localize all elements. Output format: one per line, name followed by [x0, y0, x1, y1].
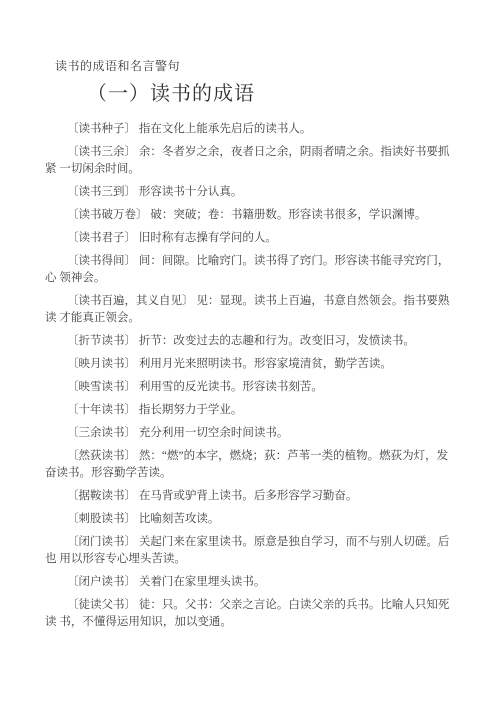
idiom-definition: 破：突破；卷：书籍册数。形容读书很多，学识渊博。: [150, 209, 426, 221]
idiom-definition: 利用雪的反光读书。形容读书刻苦。: [139, 381, 323, 393]
idiom-definition: 形容读书十分认真。: [139, 186, 243, 198]
idiom-term: 〔读书三余〕: [67, 146, 136, 158]
document-title: 读书的成语和名言警句: [55, 58, 180, 74]
idiom-term: 〔读书君子〕: [67, 232, 136, 244]
idiom-entry: 〔读书得间〕 间：间隙。比喻窍门。读书得了窍门。形容读书能寻究窍门，心 领神会。: [45, 253, 455, 287]
idiom-entry: 〔刺股读书〕 比喻刻苦攻读。: [45, 511, 455, 528]
idiom-term: 〔据鞍读书〕: [67, 490, 136, 502]
idiom-entry: 〔读书三到〕 形容读书十分认真。: [45, 184, 455, 201]
idiom-term: 〔徒读父书〕: [67, 599, 136, 611]
idiom-term: 〔闭户读书〕: [67, 576, 136, 588]
idiom-entries-list: 〔读书种子〕 指在文化上能承先启后的读书人。〔读书三余〕 余：冬者岁之余，夜者日…: [45, 121, 455, 637]
idiom-term: 〔刺股读书〕: [67, 513, 136, 525]
idiom-definition: 利用月光来照明读书。形容家境清贫，勤学苦读。: [139, 358, 392, 370]
idiom-entry: 〔闭户读书〕 关着门在家里埋头读书。: [45, 574, 455, 591]
idiom-term: 〔十年读书〕: [67, 404, 136, 416]
idiom-entry: 〔读书三余〕 余：冬者岁之余，夜者日之余，阴雨者晴之余。指读好书要抓紧 一切闲余…: [45, 144, 455, 178]
document-page: 读书的成语和名言警句 （一）读书的成语 〔读书种子〕 指在文化上能承先启后的读书…: [0, 0, 500, 707]
idiom-term: 〔映月读书〕: [67, 358, 136, 370]
idiom-entry: 〔读书破万卷〕 破：突破；卷：书籍册数。形容读书很多，学识渊博。: [45, 207, 455, 224]
idiom-entry: 〔读书百遍，其义自见〕 见：显现。读书上百遍，书意自然领会。指书要熟读 才能真正…: [45, 293, 455, 327]
idiom-entry: 〔十年读书〕 指长期努力于学业。: [45, 402, 455, 419]
idiom-term: 〔映雪读书〕: [67, 381, 136, 393]
idiom-term: 〔三余读书〕: [67, 427, 136, 439]
idiom-entry: 〔映雪读书〕 利用雪的反光读书。形容读书刻苦。: [45, 379, 455, 396]
idiom-definition: 比喻刻苦攻读。: [139, 513, 220, 525]
idiom-entry: 〔映月读书〕 利用月光来照明读书。形容家境清贫，勤学苦读。: [45, 356, 455, 373]
idiom-term: 〔读书三到〕: [67, 186, 136, 198]
idiom-entry: 〔徒读父书〕 徒：只。父书：父亲之言论。白读父亲的兵书。比喻人只知死读 书，不懂…: [45, 597, 455, 631]
idiom-definition: 折节：改变过去的志趣和行为。改变旧习，发愤读书。: [139, 335, 415, 347]
idiom-entry: 〔据鞍读书〕 在马背或驴背上读书。后多形容学习勤奋。: [45, 488, 455, 505]
idiom-entry: 〔折节读书〕 折节：改变过去的志趣和行为。改变旧习，发愤读书。: [45, 333, 455, 350]
section-heading: （一）读书的成语: [87, 80, 255, 108]
idiom-entry: 〔读书君子〕 旧时称有志操有学问的人。: [45, 230, 455, 247]
idiom-definition: 指在文化上能承先启后的读书人。: [139, 123, 312, 135]
idiom-definition: 在马背或驴背上读书。后多形容学习勤奋。: [139, 490, 358, 502]
idiom-term: 〔闭门读书〕: [67, 536, 136, 548]
idiom-term: 〔折节读书〕: [67, 335, 136, 347]
idiom-entry: 〔读书种子〕 指在文化上能承先启后的读书人。: [45, 121, 455, 138]
idiom-definition: 充分利用一切空余时间读书。: [139, 427, 289, 439]
idiom-definition: 指长期努力于学业。: [139, 404, 243, 416]
idiom-term: 〔然荻读书〕: [67, 450, 136, 462]
idiom-entry: 〔闭门读书〕 关起门来在家里读书。原意是独自学习，而不与别人切磋。后也 用以形容…: [45, 534, 455, 568]
idiom-term: 〔读书得间〕: [67, 255, 136, 267]
idiom-entry: 〔三余读书〕 充分利用一切空余时间读书。: [45, 425, 455, 442]
idiom-entry: 〔然荻读书〕 然：“燃”的本字，燃烧；荻：芦苇一类的植物。燃荻为灯，发 奋读书。…: [45, 448, 455, 482]
idiom-term: 〔读书百遍，其义自见〕: [67, 295, 194, 307]
idiom-term: 〔读书种子〕: [67, 123, 136, 135]
idiom-definition: 关着门在家里埋头读书。: [139, 576, 266, 588]
idiom-term: 〔读书破万卷〕: [67, 209, 148, 221]
idiom-definition: 旧时称有志操有学问的人。: [139, 232, 277, 244]
